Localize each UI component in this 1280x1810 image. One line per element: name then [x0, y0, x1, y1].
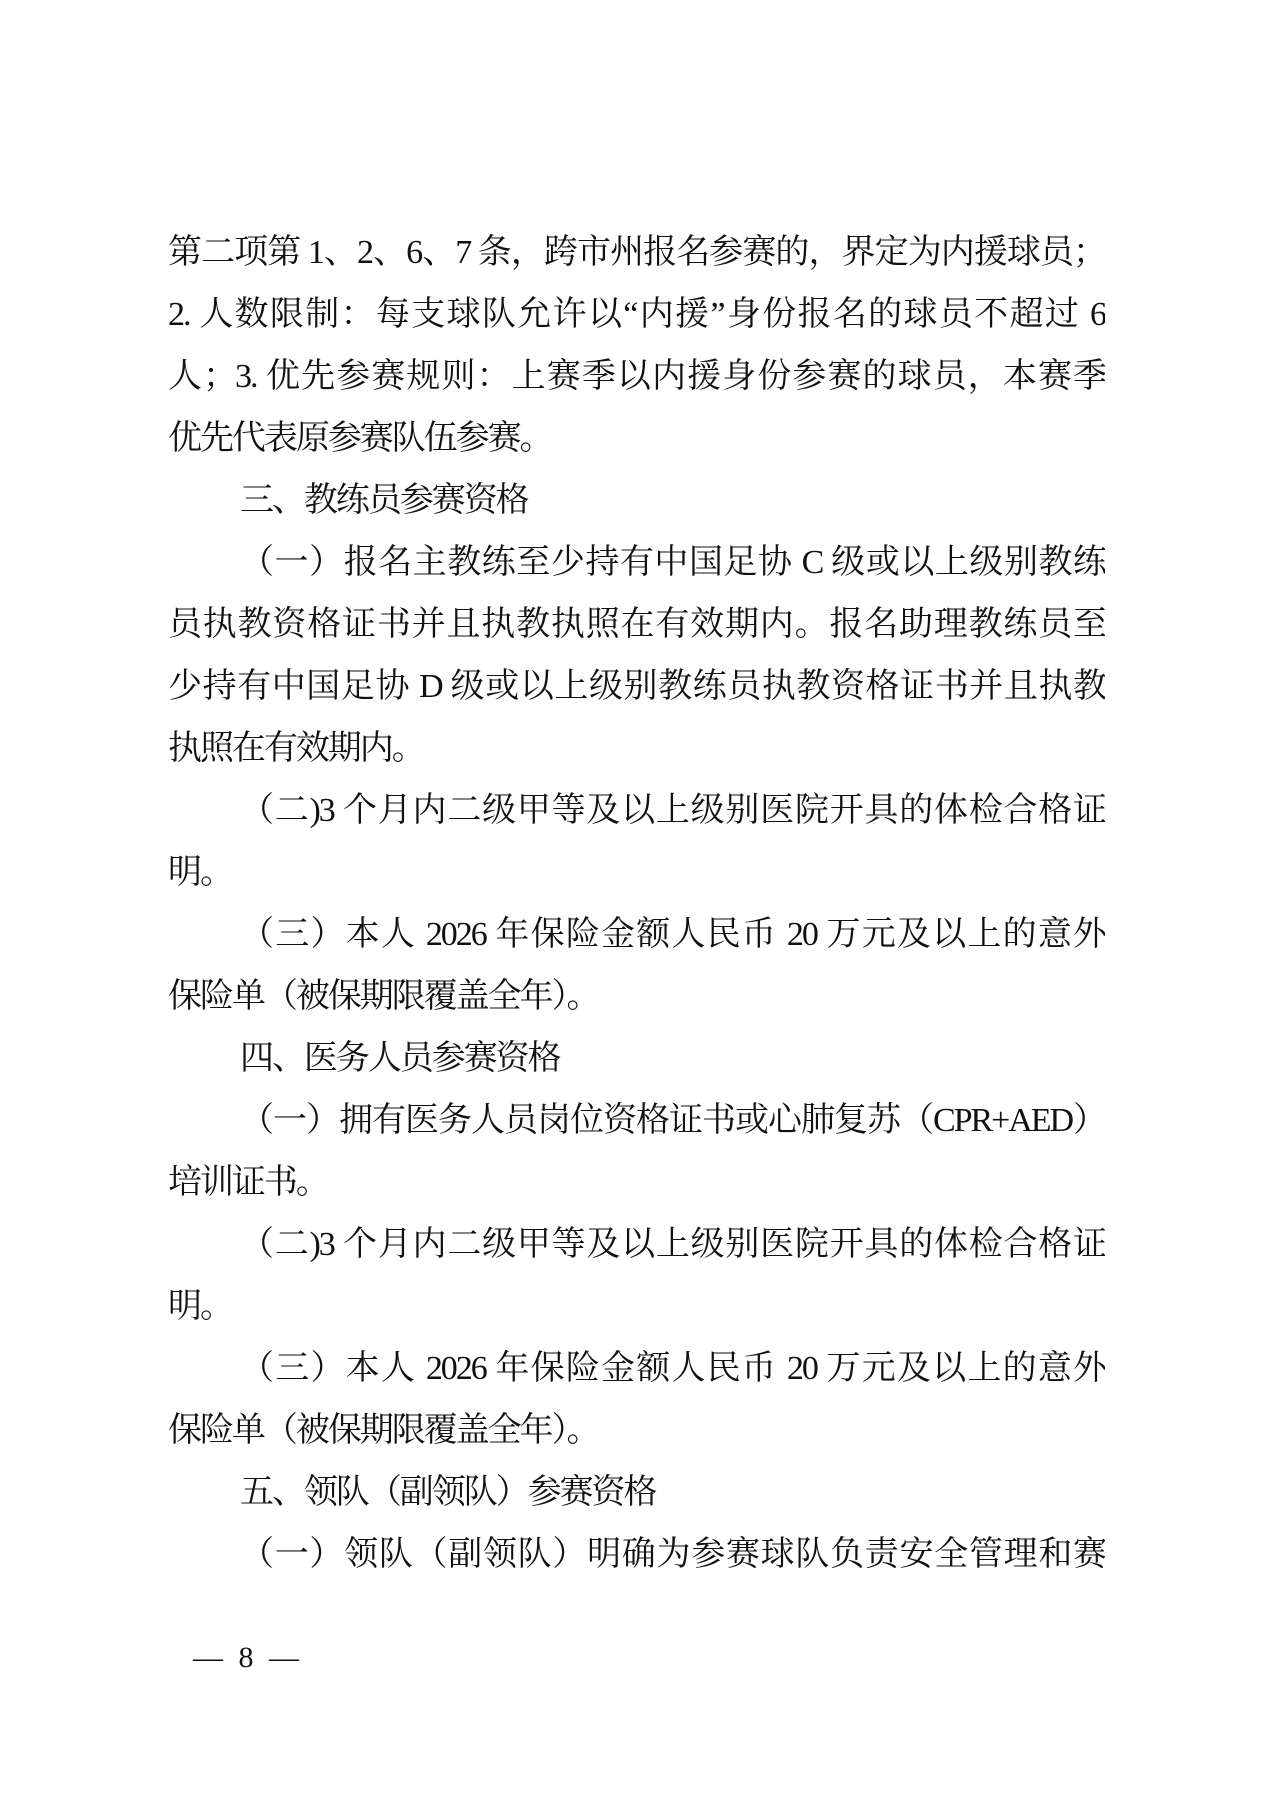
body-line: 保险单（被保期限覆盖全年）。: [168, 966, 1105, 1028]
body-line: 执照在有效期内。: [168, 718, 1105, 780]
body-line: （二)3 个月内二级甲等及以上级别医院开具的体检合格证: [168, 1214, 1105, 1276]
body-line: 第二项第 1、2、6、7 条，跨市州报名参赛的，界定为内援球员；: [168, 222, 1105, 284]
body-line: 2. 人数限制：每支球队允许以“内援”身份报名的球员不超过 6: [168, 284, 1105, 346]
document-page: 第二项第 1、2、6、7 条，跨市州报名参赛的，界定为内援球员； 2. 人数限制…: [0, 0, 1280, 1810]
body-line: 保险单（被保期限覆盖全年）。: [168, 1400, 1105, 1462]
body-line: 少持有中国足协 D 级或以上级别教练员执教资格证书并且执教: [168, 656, 1105, 718]
document-body: 第二项第 1、2、6、7 条，跨市州报名参赛的，界定为内援球员； 2. 人数限制…: [168, 222, 1105, 1586]
body-line: 明。: [168, 842, 1105, 904]
body-line: 培训证书。: [168, 1152, 1105, 1214]
body-line: （三）本人 2026 年保险金额人民币 20 万元及以上的意外: [168, 904, 1105, 966]
body-line: 员执教资格证书并且执教执照在有效期内。报名助理教练员至: [168, 594, 1105, 656]
body-line: 明。: [168, 1276, 1105, 1338]
body-line: 优先代表原参赛队伍参赛。: [168, 408, 1105, 470]
body-line: （三）本人 2026 年保险金额人民币 20 万元及以上的意外: [168, 1338, 1105, 1400]
section-heading: 四、医务人员参赛资格: [168, 1028, 1105, 1090]
section-heading: 三、教练员参赛资格: [168, 470, 1105, 532]
body-line: （一）报名主教练至少持有中国足协 C 级或以上级别教练: [168, 532, 1105, 594]
page-number: — 8 —: [193, 1636, 299, 1680]
section-heading: 五、领队（副领队）参赛资格: [168, 1462, 1105, 1524]
body-line: （一）拥有医务人员岗位资格证书或心肺复苏（CPR+AED）: [168, 1090, 1105, 1152]
body-line: （一）领队（副领队）明确为参赛球队负责安全管理和赛: [168, 1524, 1105, 1586]
body-line: 人；3. 优先参赛规则：上赛季以内援身份参赛的球员，本赛季: [168, 346, 1105, 408]
body-line: （二)3 个月内二级甲等及以上级别医院开具的体检合格证: [168, 780, 1105, 842]
